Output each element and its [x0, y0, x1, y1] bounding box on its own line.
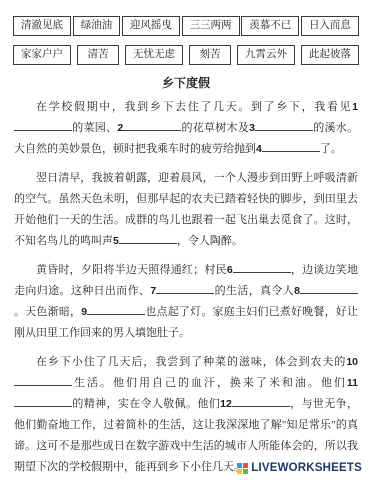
blank-number-1: 1	[352, 101, 358, 113]
answer-blank-1[interactable]	[14, 119, 72, 131]
passage-text: 的生活，真令人	[214, 285, 294, 297]
passage-text: 。天色渐暗，	[14, 306, 81, 318]
word-chip[interactable]: 家家户户	[13, 45, 71, 65]
answer-blank-10[interactable]	[14, 374, 72, 386]
brand-name: LIVEWORKSHEETS	[251, 462, 362, 474]
word-chip[interactable]: 羡慕不已	[241, 16, 299, 36]
answer-blank-7[interactable]	[156, 282, 214, 294]
blank-number-11: 11	[347, 377, 358, 389]
answer-blank-6[interactable]	[233, 261, 291, 273]
answer-blank-4[interactable]	[262, 140, 320, 152]
blank-number-10: 10	[346, 356, 358, 368]
liveworksheets-brand-link[interactable]: LIVEWORKSHEETS	[237, 462, 362, 474]
passage-text: 了。	[320, 143, 342, 155]
page-title: 乡下度假	[0, 75, 372, 91]
word-chip[interactable]: 三三两两	[182, 16, 240, 36]
word-chip[interactable]: 清苦	[77, 45, 119, 65]
passage-text: 黄昏时，夕阳将半边天照得通红；村民	[36, 264, 227, 276]
passage-text: 在乡下小住了几天后，我尝到了种菜的滋味，体会到农夫的	[36, 356, 346, 368]
word-bank-row: 家家户户清苦无忧无虑刻苦九霄云外此起彼落	[13, 45, 359, 65]
word-chip[interactable]: 日入而息	[301, 16, 359, 36]
worksheet-page: 清澈见底绿油油迎风摇曳三三两两羡慕不已日入而息家家户户清苦无忧无虑刻苦九霄云外此…	[0, 0, 372, 480]
liveworksheets-logo-icon	[237, 463, 248, 474]
answer-blank-11[interactable]	[14, 395, 72, 407]
word-bank: 清澈见底绿油油迎风摇曳三三两两羡慕不已日入而息家家户户清苦无忧无虑刻苦九霄云外此…	[13, 16, 359, 65]
passage-text: 在学校假期中，我到乡下去住了几天。到了乡下，我看见	[36, 101, 352, 113]
word-chip[interactable]: 刻苦	[189, 45, 231, 65]
answer-blank-2[interactable]	[123, 119, 181, 131]
passage-text: 的精神，实在令人敬佩。他们	[72, 398, 220, 410]
paragraph: 黄昏时，夕阳将半边天照得通红；村民6，边谈边笑地走向归途。这种日出而作、7的生活…	[14, 260, 358, 344]
passage: 在学校假期中，我到乡下去住了几天。到了乡下，我看见1的菜园、2的花草树木及3的溪…	[14, 97, 358, 478]
answer-blank-9[interactable]	[87, 303, 145, 315]
word-bank-row: 清澈见底绿油油迎风摇曳三三两两羡慕不已日入而息	[13, 16, 359, 36]
blank-number-12: 12	[220, 398, 232, 410]
answer-blank-12[interactable]	[232, 395, 290, 407]
word-chip[interactable]: 清澈见底	[13, 16, 71, 36]
answer-blank-5[interactable]	[119, 232, 177, 244]
answer-blank-3[interactable]	[255, 119, 313, 131]
answer-blank-8[interactable]	[300, 282, 358, 294]
word-chip[interactable]: 此起彼落	[301, 45, 359, 65]
paragraph: 在学校假期中，我到乡下去住了几天。到了乡下，我看见1的菜园、2的花草树木及3的溪…	[14, 97, 358, 160]
passage-text: 的花草树木及	[181, 122, 249, 134]
passage-text: 的菜园、	[72, 122, 117, 134]
passage-text: 生活。他们用自己的血汗，换来了米和油。他们	[72, 377, 347, 389]
word-chip[interactable]: 迎风摇曳	[122, 16, 180, 36]
paragraph: 在乡下小住了几天后，我尝到了种菜的滋味，体会到农夫的10生活。他们用自己的血汗，…	[14, 352, 358, 478]
word-chip[interactable]: 九霄云外	[237, 45, 295, 65]
word-chip[interactable]: 绿油油	[73, 16, 121, 36]
paragraph: 翌日清早，我披着朝露，迎着晨风，一个人漫步到田野上呼吸清新的空气。虽然天色未明，…	[14, 168, 358, 252]
word-chip[interactable]: 无忧无虑	[125, 45, 183, 65]
passage-text: ，令人陶醉。	[177, 235, 243, 247]
